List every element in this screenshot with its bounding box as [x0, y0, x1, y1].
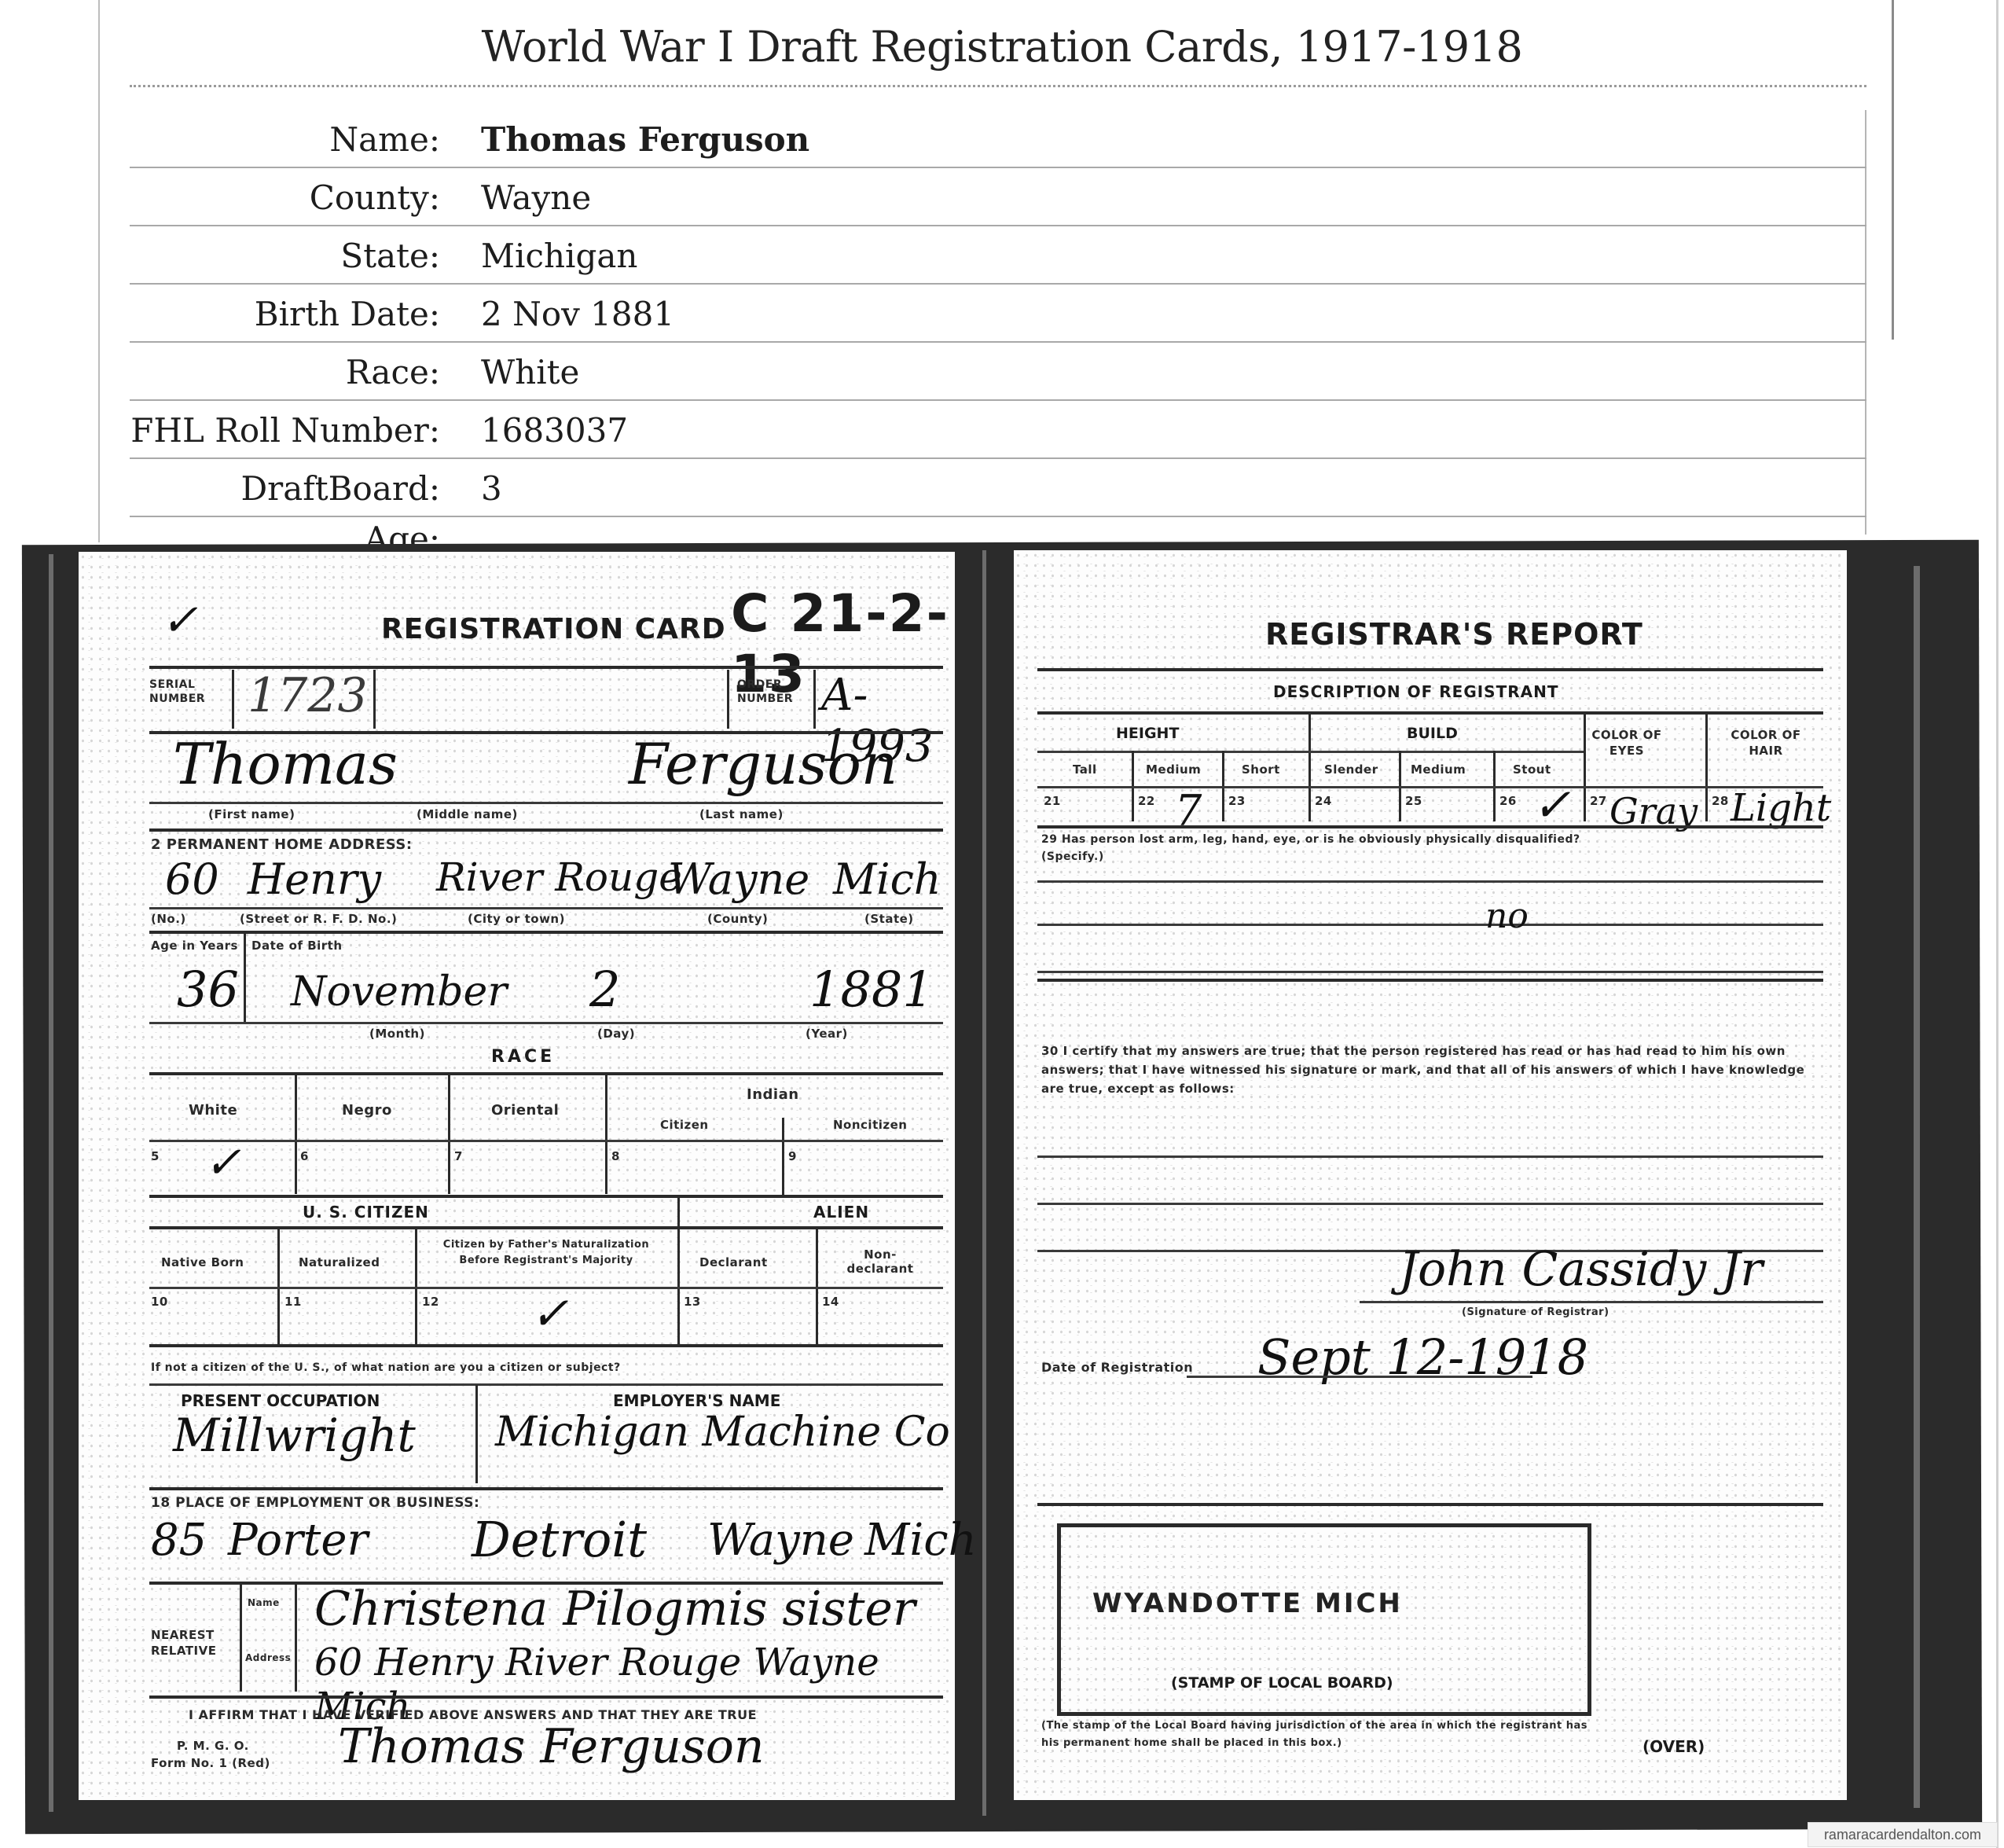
relative-address-label: Address [245, 1652, 291, 1663]
rule [1584, 711, 1586, 821]
rule [232, 670, 234, 729]
rule [1308, 711, 1311, 821]
employer-label: EMPLOYER'S NAME [613, 1391, 780, 1410]
field-number: 27 [1590, 794, 1607, 808]
hair-color-heading: COLOR OF HAIR [1731, 727, 1801, 759]
field-number: 11 [284, 1295, 302, 1309]
occupation-value: Millwright [173, 1409, 416, 1462]
stamp-caption: (STAMP OF LOCAL BOARD) [1171, 1674, 1393, 1692]
caption: (County) [707, 912, 768, 926]
field-number: 24 [1315, 794, 1332, 808]
caption: (Middle name) [417, 807, 518, 821]
field-number: 7 [454, 1149, 463, 1163]
age-value: 36 [177, 961, 239, 1018]
citizen-col-father: Citizen by Father's Naturalization Befor… [424, 1237, 668, 1269]
field-label: Race: [346, 354, 440, 391]
caption: (City or town) [468, 912, 565, 926]
race-sub-citizen: Citizen [660, 1118, 709, 1132]
record-row-birth-date: Birth Date: 2 Nov 1881 [130, 285, 1866, 343]
field-number: 21 [1044, 794, 1061, 808]
rule [149, 931, 943, 934]
place-no: 85 [151, 1515, 207, 1566]
rule [240, 1582, 242, 1692]
rule [149, 1487, 943, 1490]
rule [1360, 1301, 1823, 1303]
field-number: 10 [151, 1295, 168, 1309]
field-label: FHL Roll Number: [130, 412, 440, 450]
caption: (Day) [597, 1027, 635, 1041]
rule [149, 802, 943, 804]
record-row-draft-board: DraftBoard: 3 [130, 459, 1866, 517]
relative-name: Christena Pilogmis sister [314, 1582, 916, 1637]
order-label: ORDER NUMBER [737, 678, 812, 706]
race-col-white: White [189, 1102, 237, 1119]
field-number: 14 [822, 1295, 839, 1309]
build-col-slender: Slender [1324, 762, 1378, 777]
field-number: 25 [1405, 794, 1422, 808]
rule [1705, 711, 1708, 821]
field-number: 5 [151, 1149, 160, 1163]
alien-col-declarant: Declarant [699, 1255, 768, 1269]
field-value-race: White [481, 354, 579, 391]
field-value-state: Michigan [481, 237, 637, 275]
question-29: 29 Has person lost arm, leg, hand, eye, … [1041, 833, 1827, 846]
question-30-certification: 30 I certify that my answers are true; t… [1041, 1042, 1827, 1098]
address-no: 60 [165, 854, 219, 904]
caption: (Last name) [699, 807, 784, 821]
height-heading: HEIGHT [1116, 725, 1179, 742]
rule [1187, 1376, 1532, 1378]
rule [149, 1344, 943, 1347]
field-label: County: [310, 179, 440, 217]
dob-day: 2 [589, 961, 620, 1018]
build-heading: BUILD [1407, 725, 1458, 742]
field-number: 26 [1499, 794, 1517, 808]
registrant-signature: Thomas Ferguson [338, 1719, 764, 1774]
panel-left-border [98, 0, 100, 542]
dob-year: 1881 [809, 961, 934, 1018]
height-col-tall: Tall [1073, 762, 1097, 777]
rule [149, 1226, 943, 1229]
dob-month: November [291, 968, 507, 1016]
place-city: Detroit [472, 1511, 647, 1568]
race-heading: RACE [491, 1047, 555, 1067]
relative-label: NEAREST RELATIVE [151, 1627, 237, 1659]
record-row-state: State: Michigan [130, 226, 1866, 285]
field-number: 13 [684, 1295, 701, 1309]
rule [149, 1022, 943, 1024]
field-value-fhl-roll: 1683037 [481, 412, 628, 450]
rule [244, 933, 246, 1023]
rule [1037, 1155, 1823, 1158]
race-col-oriental: Oriental [491, 1102, 559, 1119]
rule [373, 670, 376, 729]
caption: (First name) [208, 807, 295, 821]
rule [149, 1696, 943, 1699]
caption: (Street or R. F. D. No.) [240, 912, 397, 926]
rule [1037, 924, 1823, 926]
caption: (No.) [151, 912, 186, 926]
rule [1037, 751, 1584, 753]
rule [295, 1582, 297, 1692]
rule [677, 1196, 680, 1346]
question-15: If not a citizen of the U. S., of what n… [151, 1361, 621, 1374]
field-number: 9 [788, 1149, 797, 1163]
field-label: Birth Date: [255, 296, 440, 333]
record-row-race: Race: White [130, 343, 1866, 401]
rule [727, 670, 729, 729]
hair-color-value: Light [1731, 786, 1831, 830]
rule [1037, 971, 1823, 973]
field-number: 28 [1712, 794, 1729, 808]
dob-label: Date of Birth [251, 939, 343, 953]
title-divider [130, 85, 1866, 87]
race-col-indian: Indian [747, 1086, 799, 1103]
rule [816, 1226, 818, 1344]
citizen-col-naturalized: Naturalized [299, 1255, 380, 1269]
relative-name-label: Name [248, 1597, 280, 1608]
citizen-father-mark-icon: ✓ [530, 1287, 569, 1340]
serial-label: SERIAL NUMBER [149, 678, 224, 706]
rule [448, 1072, 450, 1194]
build-stout-mark-icon: ✓ [1532, 778, 1571, 832]
serial-number: 1723 [248, 668, 368, 723]
occupation-label: PRESENT OCCUPATION [181, 1391, 380, 1410]
caption: (Month) [369, 1027, 425, 1041]
rule [1037, 1203, 1823, 1205]
registrar-signature-caption: (Signature of Registrar) [1462, 1306, 1609, 1318]
site-watermark: ramaracardendalton.com [1808, 1822, 1998, 1847]
report-heading: REGISTRAR'S REPORT [1265, 617, 1643, 652]
film-edge-stripe [1914, 566, 1920, 1808]
employer-value: Michigan Machine Co [495, 1409, 950, 1456]
question-29-specify: (Specify.) [1041, 851, 1104, 863]
stamp-note: (The stamp of the Local Board having jur… [1041, 1718, 1607, 1752]
field-number: 8 [611, 1149, 620, 1163]
rule [149, 1195, 943, 1198]
rule [1037, 786, 1823, 788]
rule [149, 907, 943, 909]
race-sub-noncitizen: Noncitizen [833, 1118, 907, 1132]
rule [295, 1072, 297, 1194]
address-county: Wayne [668, 854, 809, 904]
race-white-mark-icon: ✓ [204, 1137, 241, 1189]
address-street: Henry [248, 854, 381, 904]
place-county: Wayne [707, 1515, 854, 1566]
alien-col-nondeclarant: Non-declarant [833, 1247, 927, 1276]
record-row-fhl-roll: FHL Roll Number: 1683037 [130, 401, 1866, 459]
height-col-short: Short [1242, 762, 1280, 777]
page-edge [1996, 0, 1998, 1848]
address-city: River Rouge [436, 854, 682, 900]
question-29-answer: no [1485, 896, 1529, 936]
field-number: 22 [1138, 794, 1155, 808]
rule [1037, 979, 1823, 982]
report-subheading: DESCRIPTION OF REGISTRANT [1273, 682, 1559, 701]
age-label: Age in Years [151, 939, 238, 953]
registrar-report-card: REGISTRAR'S REPORT DESCRIPTION OF REGIST… [1014, 550, 1847, 1800]
registrar-signature: John Cassidy Jr [1399, 1242, 1763, 1297]
rule [415, 1226, 417, 1344]
field-value-draft-board: 3 [481, 470, 502, 508]
field-label: Name: [329, 121, 440, 159]
card-heading: REGISTRATION CARD [381, 613, 726, 645]
rule [149, 828, 943, 832]
registration-card: ✓ REGISTRATION CARD C 21-2-13 SERIAL NUM… [79, 552, 955, 1800]
rule [782, 1118, 784, 1196]
height-col-medium: Medium [1146, 762, 1201, 777]
rule [149, 1140, 943, 1142]
registrant-first-name: Thomas [173, 731, 398, 797]
over-label: (OVER) [1642, 1737, 1705, 1756]
citizen-col-native: Native Born [161, 1255, 244, 1269]
alien-heading: ALIEN [813, 1203, 869, 1222]
field-number: 12 [422, 1295, 439, 1309]
registration-date-label: Date of Registration [1041, 1360, 1193, 1375]
field-number: 6 [300, 1149, 309, 1163]
field-number: 23 [1228, 794, 1246, 808]
rule [277, 1226, 280, 1344]
field-value-birth-date: 2 Nov 1881 [481, 296, 674, 333]
page-title: World War I Draft Registration Cards, 19… [0, 22, 2004, 72]
field-value-county: Wayne [481, 179, 591, 217]
caption: (State) [864, 912, 914, 926]
rule [1037, 1503, 1823, 1506]
race-col-negro: Negro [342, 1102, 392, 1119]
build-col-stout: Stout [1513, 762, 1551, 777]
build-col-medium: Medium [1411, 762, 1466, 777]
rule [149, 1383, 943, 1386]
record-row-name: Name: Thomas Ferguson [130, 110, 1866, 168]
place-street: Porter [228, 1515, 368, 1566]
form-number: Form No. 1 (Red) [151, 1756, 270, 1770]
registrant-last-name: Ferguson [629, 731, 897, 797]
eye-color-heading: COLOR OF EYES [1591, 727, 1662, 759]
caption: (Year) [806, 1027, 848, 1041]
rule [149, 1072, 943, 1075]
citizen-heading: U. S. CITIZEN [303, 1203, 429, 1222]
check-mark-icon: ✓ [161, 595, 198, 646]
field-label: DraftBoard: [240, 470, 440, 508]
address-state: Mich [833, 854, 941, 904]
local-board-stamp: WYANDOTTE MICH [1092, 1588, 1403, 1619]
place-state: Mich [864, 1515, 977, 1566]
field-label: State: [340, 237, 440, 275]
place-label: 18 PLACE OF EMPLOYMENT OR BUSINESS: [151, 1495, 479, 1511]
film-divider-stripe [982, 550, 986, 1816]
film-edge-stripe [49, 554, 53, 1812]
field-value-name: Thomas Ferguson [481, 121, 809, 159]
form-id: P. M. G. O. [177, 1739, 249, 1753]
rule [605, 1072, 607, 1194]
rule [1037, 825, 1823, 828]
record-row-county: County: Wayne [130, 168, 1866, 226]
rule [1037, 668, 1823, 671]
rule [813, 670, 816, 729]
rule [1037, 880, 1823, 883]
address-label: 2 PERMANENT HOME ADDRESS: [151, 836, 413, 853]
rule [475, 1385, 478, 1483]
